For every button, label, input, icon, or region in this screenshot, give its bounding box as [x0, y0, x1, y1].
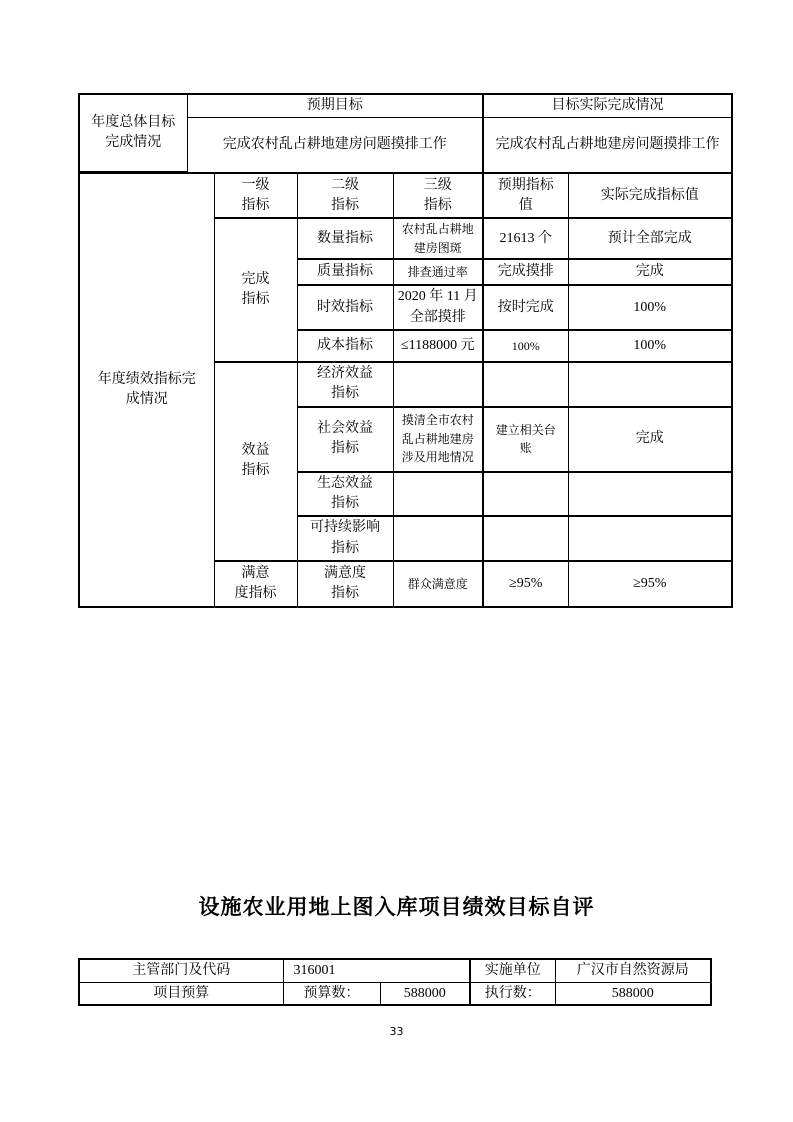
cell-actual: 完成 [568, 407, 731, 472]
cell-expected: 21613 个 [483, 218, 568, 259]
cell-actual: 完成 [568, 259, 731, 285]
cell-l3: 群众满意度 [393, 561, 483, 607]
indicator-row-label: 年度绩效指标完 成情况 [80, 173, 214, 607]
budget-table: 主管部门及代码 316001 实施单位 广汉市自然资源局 项目预算 预算数： 5… [78, 958, 712, 1006]
cell-actual: 预计全部完成 [568, 218, 731, 259]
cell-l3: 农村乱占耕地 建房图斑 [393, 218, 483, 259]
cell-l2: 经济效益 指标 [297, 362, 393, 407]
cell-actual [568, 516, 731, 561]
cell-l2: 时效指标 [297, 285, 393, 330]
budget-num-label: 预算数： [283, 983, 380, 1006]
actual-goal-header: 目标实际完成情况 [483, 95, 731, 118]
page-number: 33 [0, 1025, 793, 1038]
group-satisfaction: 满意 度指标 [214, 561, 297, 607]
unit-value: 广汉市自然资源局 [555, 960, 710, 983]
cell-expected: 建立相关台 账 [483, 407, 568, 472]
cell-l2: 生态效益 指标 [297, 472, 393, 517]
cell-actual: ≥95% [568, 561, 731, 607]
exec-num: 588000 [555, 983, 710, 1006]
cell-l3: 摸清全市农村 乱占耕地建房 涉及用地情况 [393, 407, 483, 472]
cell-expected [483, 516, 568, 561]
cell-expected: 100% [483, 330, 568, 362]
group-completion: 完成 指标 [214, 218, 297, 362]
exec-num-label: 执行数： [470, 983, 555, 1006]
cell-actual: 100% [568, 330, 731, 362]
actual-goal-text: 完成农村乱占耕地建房问题摸排工作 [483, 118, 731, 172]
budget-num: 588000 [380, 983, 470, 1006]
cell-expected: ≥95% [483, 561, 568, 607]
cell-expected [483, 472, 568, 517]
cell-expected: 完成摸排 [483, 259, 568, 285]
overall-goal-row-label: 年度总体目标 完成情况 [80, 95, 187, 172]
cell-l2: 满意度 指标 [297, 561, 393, 607]
section-title: 设施农业用地上图入库项目绩效目标自评 [0, 891, 793, 921]
cell-actual [568, 472, 731, 517]
cell-l2: 可持续影响 指标 [297, 516, 393, 561]
performance-table: 年度总体目标 完成情况 预期目标 目标实际完成情况 完成农村乱占耕地建房问题摸排… [78, 93, 733, 608]
budget-label: 项目预算 [80, 983, 283, 1006]
cell-l3: ≤1188000 元 [393, 330, 483, 362]
cell-expected: 按时完成 [483, 285, 568, 330]
cell-expected [483, 362, 568, 407]
indicator-section: 年度绩效指标完 成情况 一级 指标 二级 指标 三级 指标 预期指标 值 实际完… [80, 172, 731, 608]
cell-l2: 成本指标 [297, 330, 393, 362]
header-level1: 一级 指标 [214, 173, 297, 218]
header-expected-value: 预期指标 值 [483, 173, 568, 218]
group-benefit: 效益 指标 [214, 362, 297, 561]
cell-l3: 排查通过率 [393, 259, 483, 285]
cell-l3 [393, 472, 483, 517]
overall-goal-section: 年度总体目标 完成情况 预期目标 目标实际完成情况 完成农村乱占耕地建房问题摸排… [80, 95, 731, 172]
cell-l3 [393, 362, 483, 407]
cell-actual: 100% [568, 285, 731, 330]
dept-label: 主管部门及代码 [80, 960, 283, 983]
cell-l2: 数量指标 [297, 218, 393, 259]
cell-actual [568, 362, 731, 407]
expected-goal-header: 预期目标 [187, 95, 483, 118]
cell-l3: 2020 年 11 月 全部摸排 [393, 285, 483, 330]
dept-code: 316001 [283, 960, 470, 983]
header-level2: 二级 指标 [297, 173, 393, 218]
cell-l2: 质量指标 [297, 259, 393, 285]
cell-l3 [393, 516, 483, 561]
unit-label: 实施单位 [470, 960, 555, 983]
header-actual-value: 实际完成指标值 [568, 173, 731, 218]
expected-goal-text: 完成农村乱占耕地建房问题摸排工作 [187, 118, 483, 172]
header-level3: 三级 指标 [393, 173, 483, 218]
cell-l2: 社会效益 指标 [297, 407, 393, 472]
